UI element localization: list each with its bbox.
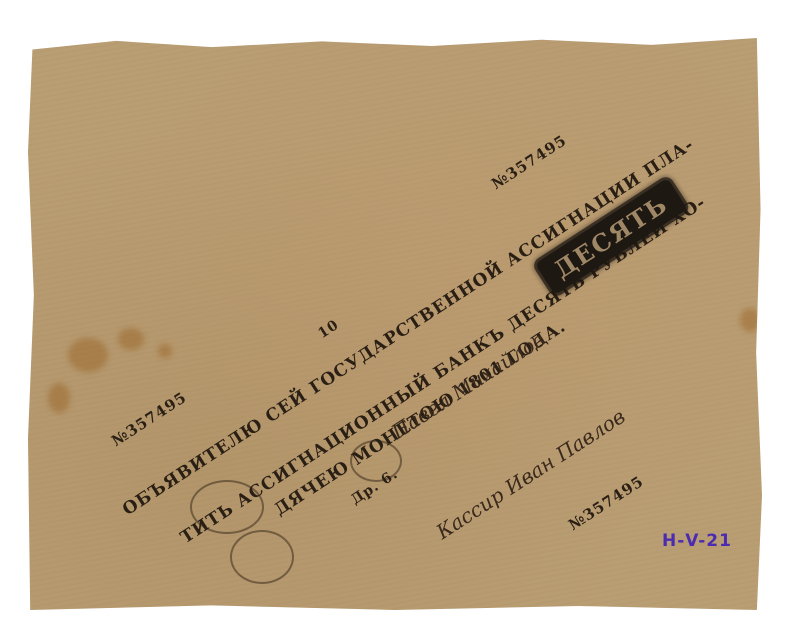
- stain: [48, 383, 70, 413]
- stain: [68, 338, 108, 372]
- ink-flourish: [230, 530, 294, 584]
- stain: [740, 308, 760, 332]
- stain: [158, 344, 172, 358]
- ink-annotation: Н-V-21: [662, 531, 732, 551]
- stain: [118, 328, 144, 350]
